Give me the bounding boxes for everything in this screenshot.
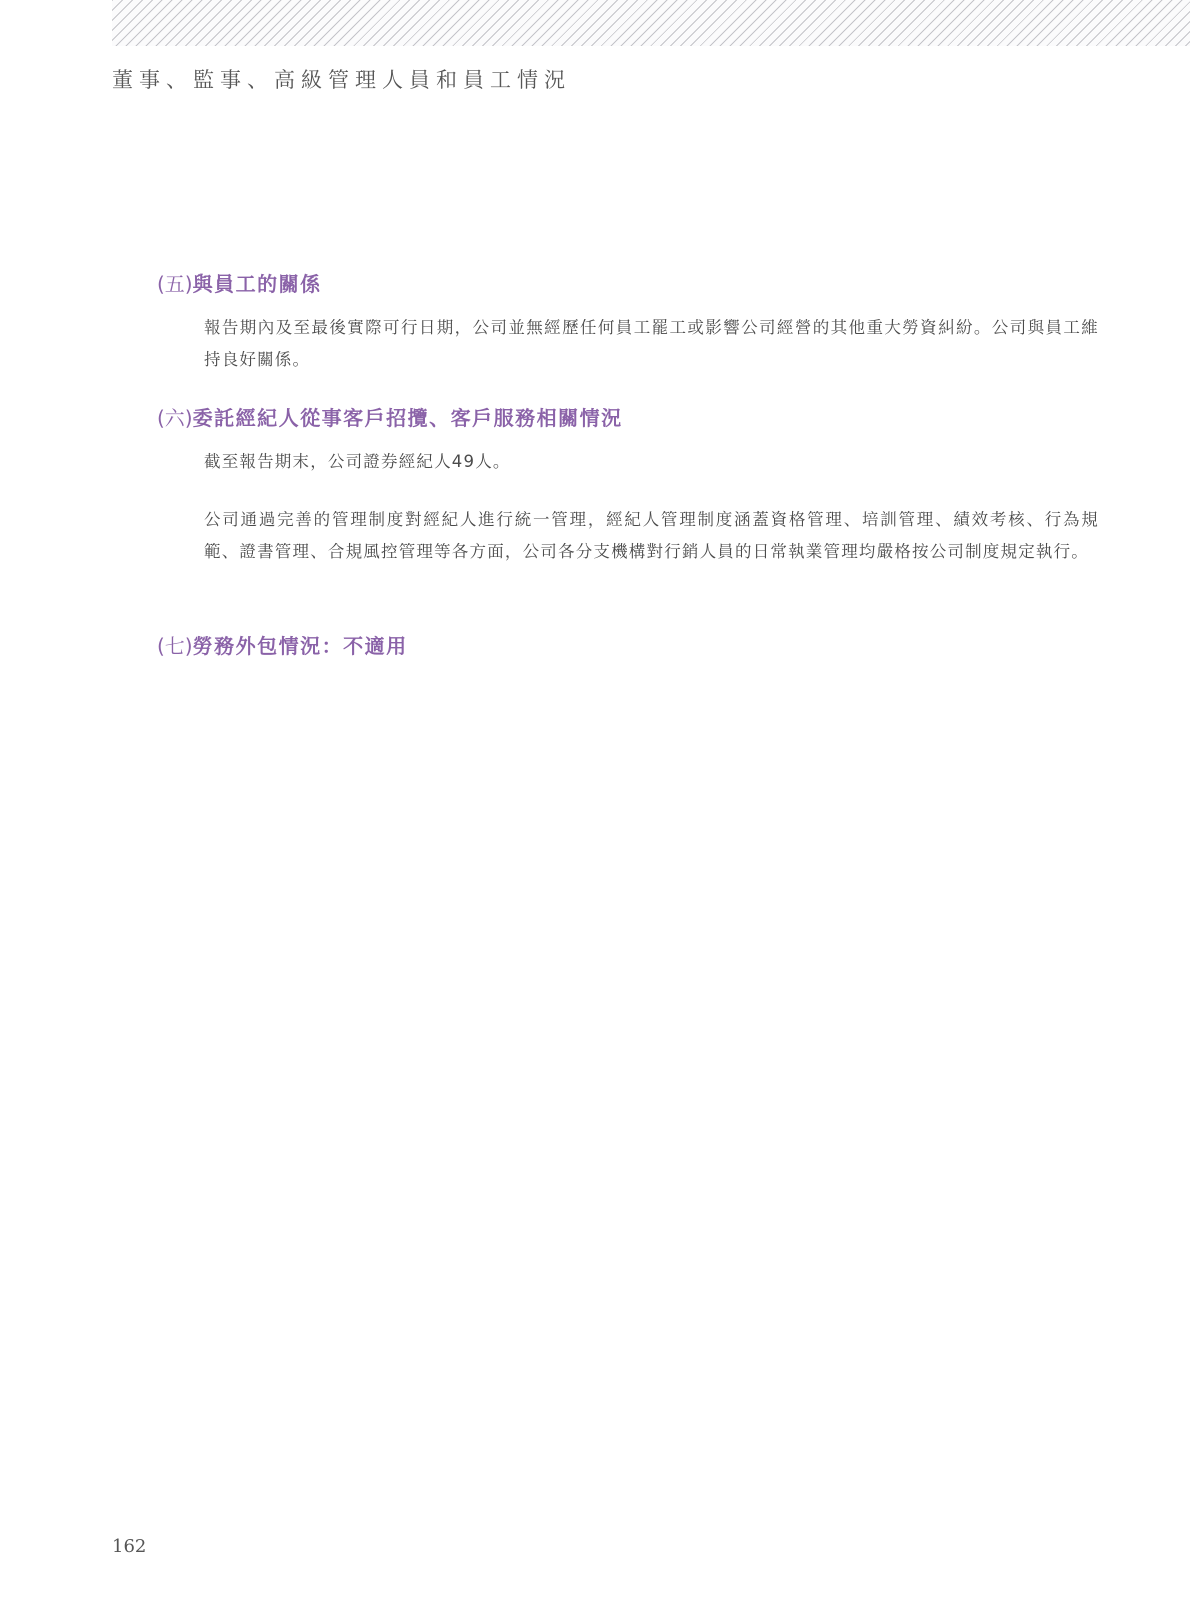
paragraph: 公司通過完善的管理制度對經紀人進行統一管理，經紀人管理制度涵蓋資格管理、培訓管理… (204, 504, 1099, 568)
section-number: (六) (157, 406, 193, 430)
section-heading: (五)與員工的關係 (157, 270, 1097, 298)
section-labor-outsourcing: (七)勞務外包情況：不適用 (157, 632, 1097, 660)
section-employee-relations: (五)與員工的關係 報告期內及至最後實際可行日期，公司並無經歷任何員工罷工或影響… (157, 270, 1097, 376)
chapter-title: 董事、監事、高級管理人員和員工情況 (112, 64, 571, 94)
section-number: (五) (157, 272, 193, 296)
section-number: (七) (157, 634, 193, 658)
section-brokers: (六)委託經紀人從事客戶招攬、客戶服務相關情況 截至報告期末，公司證券經紀人49… (157, 404, 1097, 568)
section-title: 委託經紀人從事客戶招攬、客戶服務相關情況 (193, 406, 623, 430)
section-title: 勞務外包情況：不適用 (193, 634, 408, 658)
section-heading: (七)勞務外包情況：不適用 (157, 632, 1097, 660)
paragraph: 截至報告期末，公司證券經紀人49人。 (204, 446, 1099, 478)
paragraph: 報告期內及至最後實際可行日期，公司並無經歷任何員工罷工或影響公司經營的其他重大勞… (204, 312, 1099, 376)
section-heading: (六)委託經紀人從事客戶招攬、客戶服務相關情況 (157, 404, 1097, 432)
header-hatch-band (112, 0, 1190, 46)
page-number: 162 (112, 1536, 146, 1557)
section-title: 與員工的關係 (193, 272, 322, 296)
